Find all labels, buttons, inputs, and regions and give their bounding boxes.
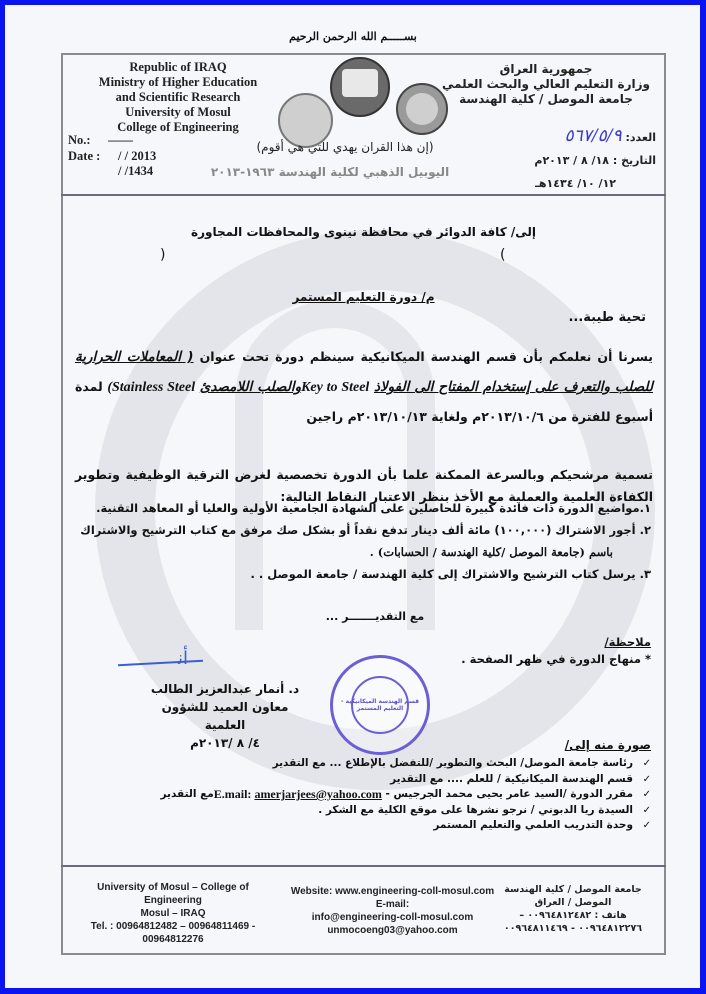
header-arabic: جمهورية العراق وزارة التعليم العالي والب… [436, 62, 656, 107]
cc-item-text: السيدة ريا الدبوني / نرجو نشرها على موقع… [318, 803, 633, 819]
no-label: No.: [68, 133, 108, 149]
header-en-line: University of Mosul [88, 105, 268, 120]
point-2-payee: باسم (جامعة الموصل /كلية الهندسة / الحسا… [71, 541, 651, 563]
email-label: E.mail: [214, 787, 252, 801]
date-gregorian: / / 2013 [118, 149, 156, 165]
points-list: ١.مواضيع الدورة ذات فائدة كبيرة للحاصلين… [71, 497, 651, 585]
date-label-ar: التاريخ : [613, 154, 656, 167]
note-heading: ملاحظة/ [604, 635, 651, 649]
course-title-en: Key to Steel [301, 380, 369, 395]
cc-item: ✓وحدة التدريب العلمي والتعليم المستمر [71, 818, 651, 834]
signer-block: د. أنمار عبدالعزيز الطالب معاون العميد ل… [150, 680, 300, 752]
footer-email-label: E-mail: [285, 898, 500, 911]
header-ar-line: جمهورية العراق [436, 62, 656, 77]
footer-email[interactable]: unmocoeng03@yahoo.com [285, 924, 500, 937]
cc-item: ✓السيدة ريا الدبوني / نرجو نشرها على موق… [71, 803, 651, 819]
check-icon: ✓ [633, 787, 651, 803]
signer-name: د. أنمار عبدالعزيز الطالب [150, 680, 300, 698]
point-2: ٢. أجور الاشتراك (١٠٠,٠٠٠) مائة ألف دينا… [71, 519, 651, 541]
check-icon: ✓ [633, 756, 651, 772]
course-title-en-2: Stainless Steel) [107, 380, 195, 395]
cc-item-text: قسم الهندسة الميكانيكية / للعلم .... مع … [390, 772, 633, 788]
footer-phone: Tel. : 00964812482 – 00964811469 - [68, 920, 278, 933]
header-arabic-meta: العدد: ٥٦٧/٥/٩ التاريخ : ١٨/ ٨ / ٢٠١٣م ١… [416, 125, 656, 195]
footer-phone: ٠٠٩٦٤٨١٢٢٧٦ - ٠٠٩٦٤٨١١٤٦٩ [488, 922, 658, 935]
cc-item-text: وحدة التدريب العلمي والتعليم المستمر [433, 818, 633, 834]
point-3: ٣. يرسل كتاب الترشيح والاشتراك إلى كلية … [71, 563, 651, 585]
footer-english: University of Mosul – College of Enginee… [68, 881, 278, 946]
footer-contact: Website: www.engineering-coll-mosul.com … [285, 885, 500, 937]
intro-text: يسرنا أن نعلمكم بأن قسم الهندسة الميكاني… [200, 349, 653, 364]
stamp-text: قسم الهندسة الميكانيكية - التعليم المستم… [335, 698, 425, 712]
header-en-line: and Scientific Research [88, 90, 268, 105]
footer-line: Mosul – IRAQ [68, 907, 278, 920]
check-icon: ✓ [633, 772, 651, 788]
footer-email[interactable]: info@engineering-coll-mosul.com [285, 911, 500, 924]
header-ar-line: جامعة الموصل / كلية الهندسة [436, 92, 656, 107]
date-hijri: / /1434 [118, 164, 153, 180]
footer-line: University of Mosul – College of Enginee… [68, 881, 278, 907]
point-1: ١.مواضيع الدورة ذات فائدة كبيرة للحاصلين… [71, 497, 651, 519]
footer-line: جامعة الموصل / كلية الهندسة [488, 883, 658, 896]
footer-website[interactable]: Website: www.engineering-coll-mosul.com [285, 885, 500, 898]
date-label: Date : [68, 149, 118, 165]
footer-phone: هاتف : ٠٠٩٦٤٨١٢٤٨٢ – [488, 909, 658, 922]
signature-icon: ﺃﻧ [178, 648, 188, 669]
number-handwritten: ٥٦٧/٥/٩ [565, 126, 622, 146]
header-english: Republic of IRAQ Ministry of Higher Educ… [88, 60, 268, 135]
coordinator-email[interactable]: E.mail: amerjarjees@yahoo.com [214, 787, 382, 803]
cc-item-text: مقرر الدورة /السيد عامر يحيى محمد الجرجي… [386, 787, 633, 803]
email-link[interactable]: amerjarjees@yahoo.com [254, 787, 381, 801]
subject: م/ دورة التعليم المستمر [61, 290, 666, 304]
no-value: —— [108, 133, 133, 149]
greeting: تحية طيبة... [568, 310, 646, 325]
header-ar-line: وزارة التعليم العالي والبحث العلمي [436, 77, 656, 92]
date-ar-gregorian: ١٨/ ٨ / ٢٠١٣م [534, 154, 609, 167]
header-en-line: Republic of IRAQ [88, 60, 268, 75]
check-icon: ✓ [633, 803, 651, 819]
header-english-meta: No.:—— Date :/ / 2013 / /1434 [68, 133, 156, 180]
header-en-line: Ministry of Higher Education [88, 75, 268, 90]
intro-paragraph: يسرنا أن نعلمكم بأن قسم الهندسة الميكاني… [75, 342, 653, 431]
footer-divider [61, 865, 666, 867]
footer-phone: 00964812276 [68, 933, 278, 946]
cc-heading: صورة منه إلى/ [565, 738, 651, 752]
check-icon: ✓ [633, 818, 651, 834]
signer-date: ٤/ ٨ /٢٠١٣م [150, 734, 300, 752]
note-text: * منهاج الدورة في ظهر الصفحة . [461, 652, 651, 666]
regards: مع التقديـــــــر ... [300, 610, 450, 623]
addressee: إلى/ كافة الدوائر في محافظة نينوى والمحا… [61, 225, 666, 239]
cc-item: ✓رئاسة جامعة الموصل/ البحث والتطوير /للت… [71, 756, 651, 772]
university-logo-icon [330, 57, 390, 117]
footer-line: الموصل / العراق [488, 896, 658, 909]
signer-title: معاون العميد للشؤون العلمية [150, 698, 300, 734]
cc-item: ✓مقرر الدورة /السيد عامر يحيى محمد الجرج… [71, 787, 651, 803]
cc-item: ✓قسم الهندسة الميكانيكية / للعلم .... مع… [71, 772, 651, 788]
course-title-ar-2: والصلب اللامصدئ [200, 379, 301, 395]
number-label: العدد: [625, 131, 656, 144]
cc-item-suffix: مع التقدير [161, 787, 214, 803]
paren-open: ( [500, 247, 505, 263]
cc-list: ✓رئاسة جامعة الموصل/ البحث والتطوير /للت… [71, 756, 651, 834]
department-stamp-icon: قسم الهندسة الميكانيكية - التعليم المستم… [330, 655, 430, 755]
footer-arabic: جامعة الموصل / كلية الهندسة الموصل / الع… [488, 883, 658, 935]
cc-item-text: رئاسة جامعة الموصل/ البحث والتطوير /للتف… [273, 756, 633, 772]
date-ar-hijri: ١٢/ ١٠/ ١٤٣٤هـ [535, 177, 616, 190]
paren-close: ) [160, 247, 165, 263]
basmala: بســـــم الله الرحمن الرحيم [0, 30, 706, 43]
